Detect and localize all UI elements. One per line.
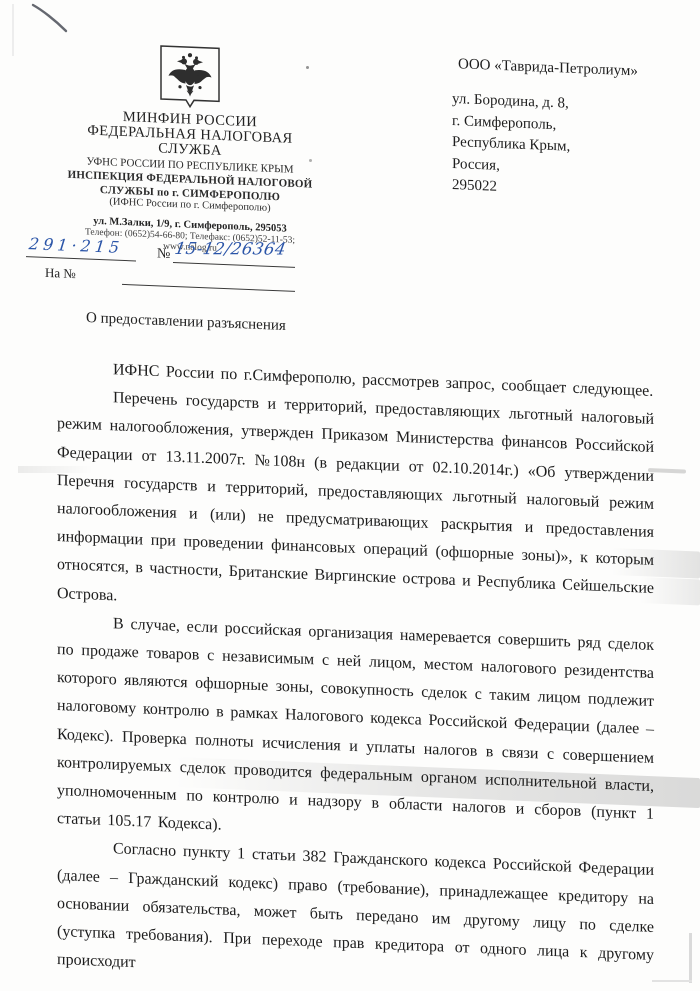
- letterhead: МИНФИН РОССИИ ФЕДЕРАЛЬНАЯ НАЛОГОВАЯ СЛУЖ…: [24, 38, 356, 260]
- body-paragraph: Перечень государств и территорий, предос…: [57, 382, 654, 632]
- coat-of-arms-icon: [157, 43, 223, 112]
- number-sign: №: [157, 246, 170, 263]
- page-edge-shadow: [689, 933, 692, 983]
- scanned-letter-page: МИНФИН РОССИИ ФЕДЕРАЛЬНАЯ НАЛОГОВАЯ СЛУЖ…: [0, 0, 700, 991]
- handwritten-outgoing-number: 15-12/26364: [173, 239, 287, 259]
- letter-subject: О предоставлении разъяснения: [86, 310, 286, 335]
- date-underline: [26, 256, 136, 261]
- reference-block: 291·215 № 15-12/26364 На №: [24, 234, 314, 308]
- pen-stroke-mark: [30, 2, 72, 36]
- reply-to-label: На №: [45, 265, 76, 282]
- recipient-name: ООО «Таврида-Петролиум»: [458, 56, 687, 82]
- scan-scratch: [12, 4, 14, 56]
- reply-underline: [122, 284, 295, 292]
- recipient-block: ООО «Таврида-Петролиум» ул. Бородина, д.…: [452, 56, 687, 206]
- handwritten-date: 291·215: [28, 234, 124, 257]
- page-edge-shadow: [652, 980, 692, 982]
- letter-body: ИФНС России по г.Симферополю, рассмотрев…: [57, 354, 654, 991]
- body-paragraph: Согласно пункту 1 статьи 382 Гражданског…: [57, 833, 654, 991]
- number-underline: [173, 262, 295, 268]
- body-paragraph: В случае, если российская организация на…: [57, 608, 654, 858]
